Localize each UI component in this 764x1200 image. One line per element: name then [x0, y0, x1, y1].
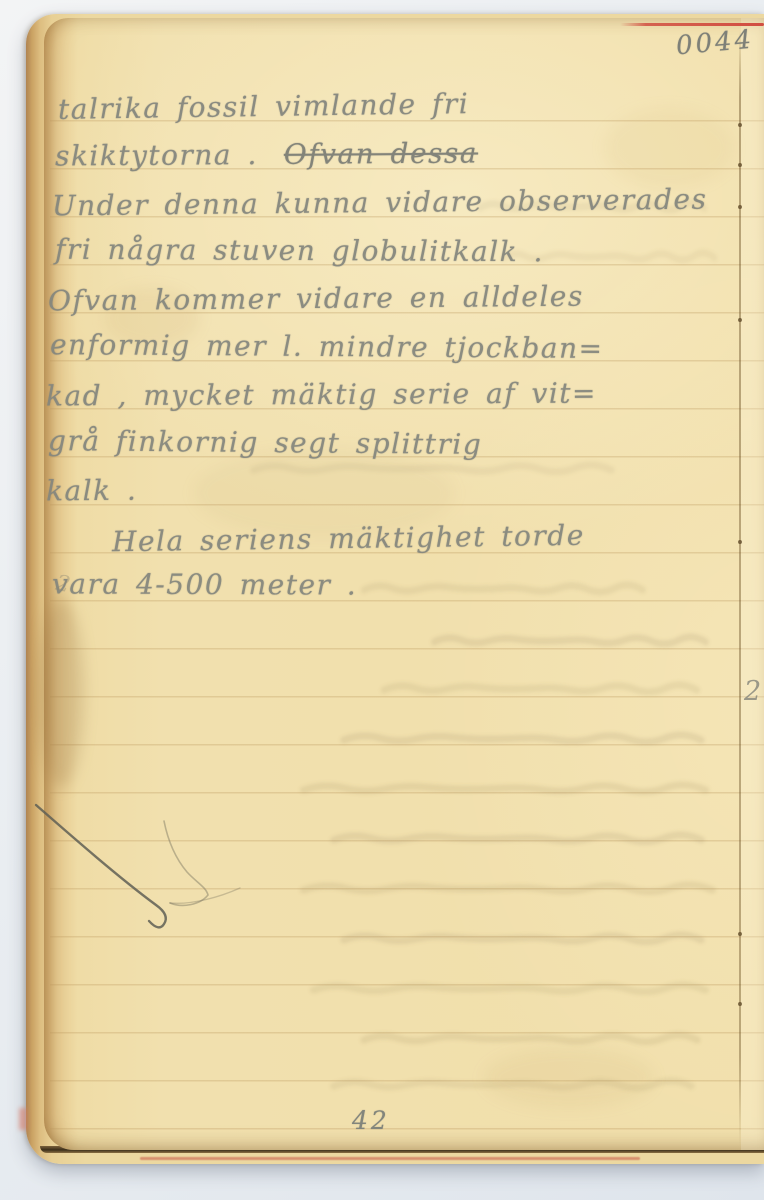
handwriting-text: skiktytorna . [55, 138, 258, 172]
cover-red-edge-bottom [140, 1157, 640, 1160]
handwriting-line: Under denna kunna vidare observerades [52, 183, 708, 223]
cover-red-corner [19, 1108, 27, 1130]
handwriting-line: enformig mer l. mindre tjockban= [50, 328, 604, 365]
strikethrough-text: Ofvan dessa [284, 137, 478, 171]
page-number: 42 [352, 1106, 390, 1135]
margin-mark-right: 2 [744, 676, 761, 707]
handwriting-line: fri några stuven globulitkalk . [55, 233, 544, 269]
handwriting-line: grå finkornig segt splittrig [48, 424, 483, 461]
handwriting-line: skiktytorna .Ofvan dessa [55, 137, 478, 173]
handwriting-line: vara 4-500 meter . [52, 567, 357, 601]
handwriting-line: talrika fossil vimlande fri [58, 87, 470, 126]
stray-pencil-stroke [30, 795, 260, 945]
handwriting-line: Hela seriens mäktighet torde [112, 519, 585, 559]
handwriting-line: kad , mycket mäktig serie af vit= [46, 377, 597, 413]
handwriting-line: Ofvan kommer vidare en alldeles [48, 280, 584, 318]
handwriting-line: kalk . [46, 474, 138, 508]
